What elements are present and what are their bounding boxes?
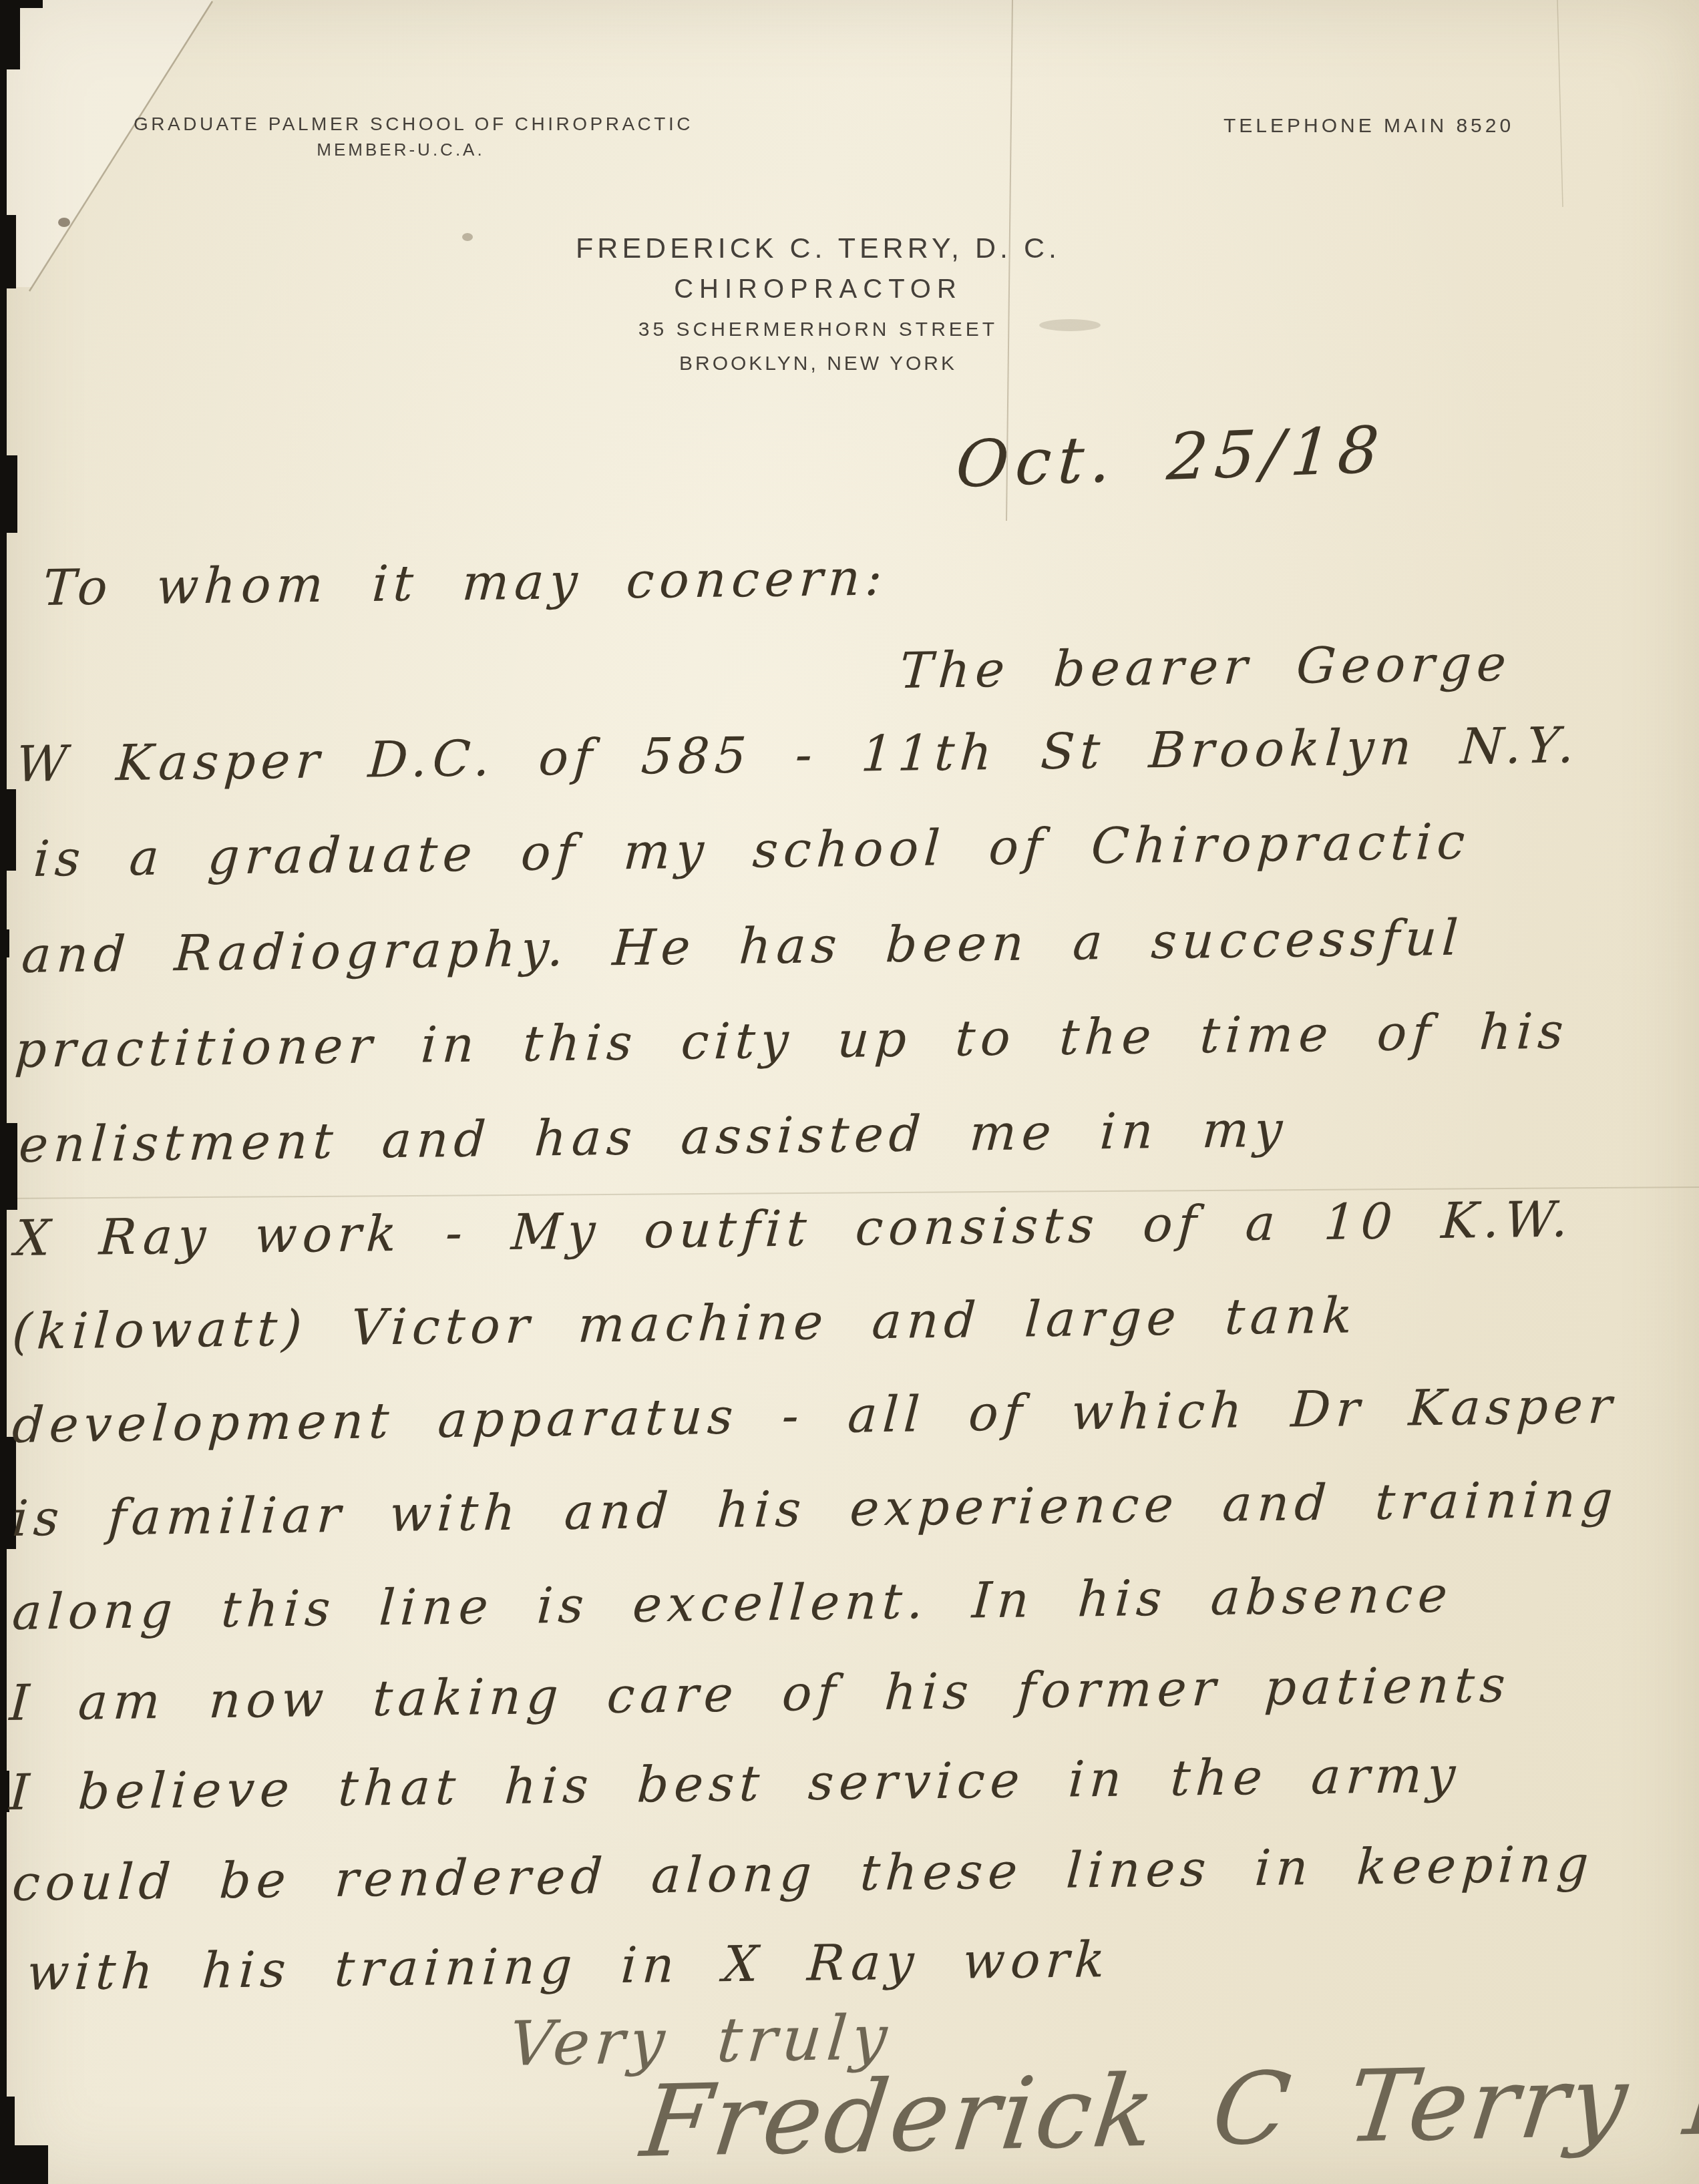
letter-salutation: To whom it may concern:	[41, 549, 889, 617]
scan-edge-corner	[0, 2145, 48, 2184]
letterhead-affiliation: GRADUATE PALMER SCHOOL OF CHIROPRACTIC M…	[134, 114, 668, 160]
scan-edge-mark	[0, 215, 16, 288]
letterhead-city: BROOKLYN, NEW YORK	[531, 353, 1105, 375]
scan-edge-mark	[0, 929, 9, 957]
scan-edge-mark	[0, 455, 17, 533]
letterhead-affiliation-line1: GRADUATE PALMER SCHOOL OF CHIROPRACTIC	[134, 114, 668, 135]
letterhead-telephone: TELEPHONE MAIN 8520	[1223, 115, 1514, 138]
letterhead-center-block: FREDERICK C. TERRY, D. C. CHIROPRACTOR 3…	[531, 232, 1105, 375]
letterhead-street: 35 SCHERMERHORN STREET	[531, 318, 1105, 341]
body-line: The bearer George	[898, 635, 1513, 700]
letterhead-profession: CHIROPRACTOR	[531, 274, 1105, 304]
letterhead-affiliation-line2: MEMBER-U.C.A.	[134, 140, 668, 160]
letter-date: Oct. 25/18	[954, 412, 1388, 502]
scan-edge-mark	[0, 1123, 17, 1210]
scan-edge-mark	[0, 1771, 9, 1812]
scan-edge-mark	[0, 789, 16, 871]
letterhead-name: FREDERICK C. TERRY, D. C.	[531, 232, 1105, 265]
scanned-letter: GRADUATE PALMER SCHOOL OF CHIROPRACTIC M…	[0, 0, 1699, 2184]
scan-edge-strip	[0, 0, 7, 2184]
scan-edge-mark	[0, 5, 20, 69]
